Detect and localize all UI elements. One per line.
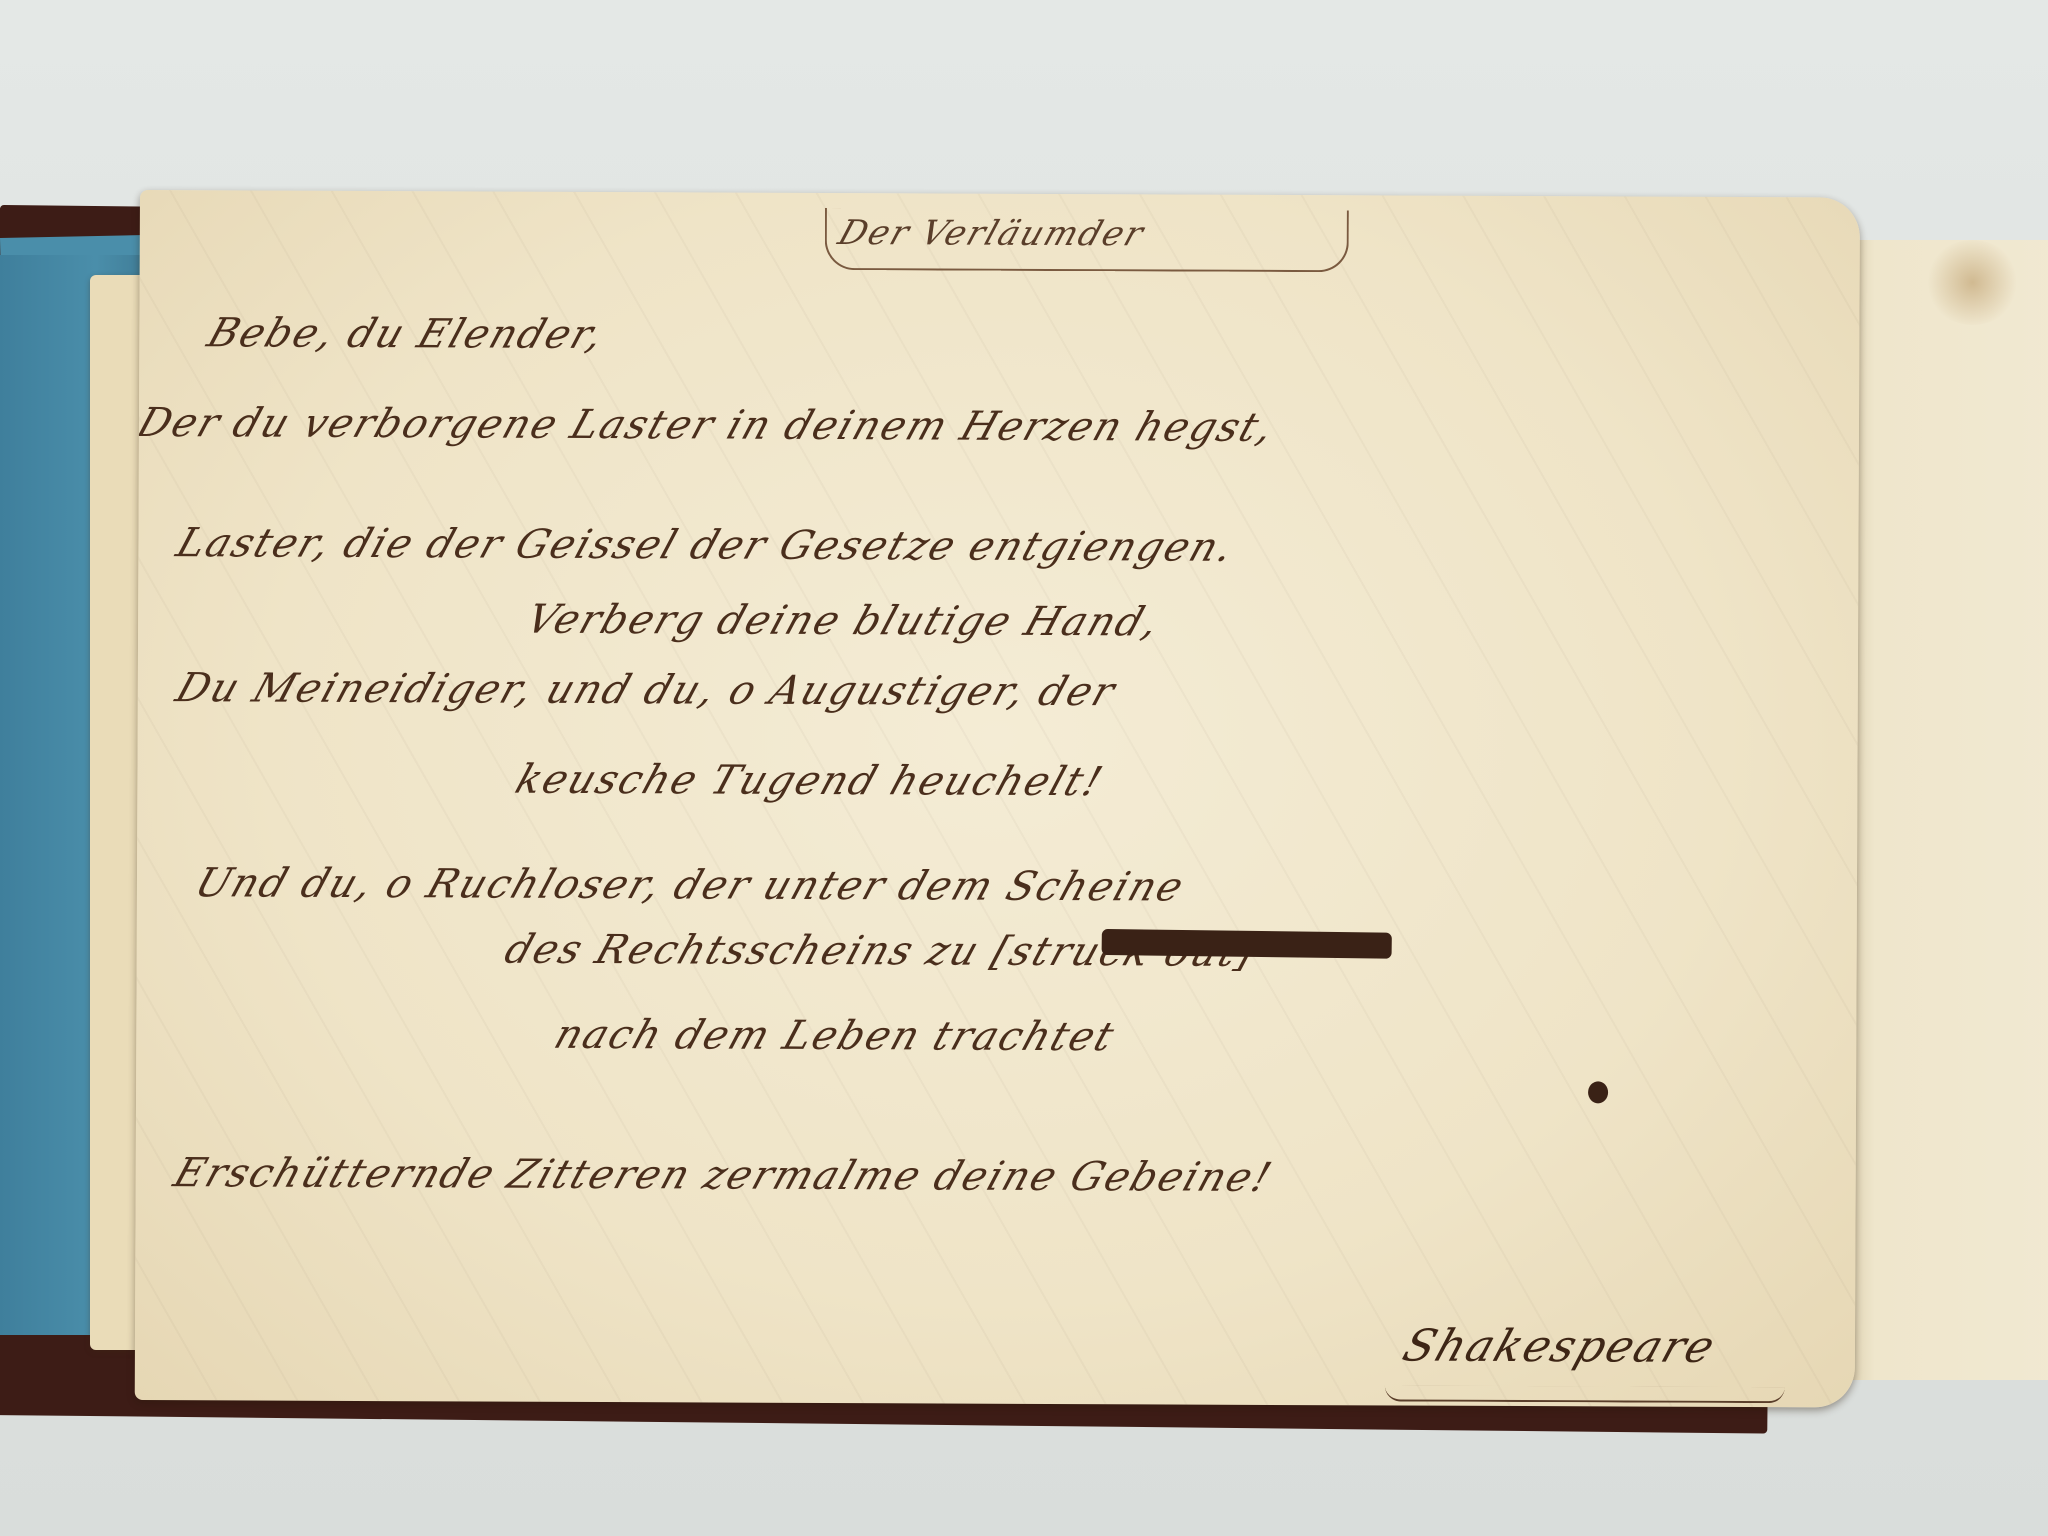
text-line-3: Laster, die der Geissel der Gesetze entg… <box>171 520 1241 571</box>
text-line-2: Der du verborgene Laster in deinem Herze… <box>135 400 1281 451</box>
text-line-1: Bebe, du Elender, <box>202 310 611 358</box>
signature: Shakespeare <box>1397 1321 1723 1373</box>
text-line-5: Du Meineidiger, und du, o Augustiger, de… <box>170 665 1122 715</box>
stain-mark <box>1925 240 2020 325</box>
text-line-6: keusche Tugend heuchelt! <box>510 757 1110 805</box>
text-line-9: nach dem Leben trachtet <box>549 1012 1122 1060</box>
signature-flourish <box>1385 1385 1785 1403</box>
text-line-10: Erschütternde Zitteren zermalme deine Ge… <box>168 1150 1278 1201</box>
text-line-4: Verberg deine blutige Hand, <box>521 597 1167 646</box>
ink-blot <box>1588 1081 1608 1103</box>
text-line-7: Und du, o Ruchloser, der unter dem Schei… <box>189 860 1190 910</box>
facing-page <box>1840 240 2048 1380</box>
photo-scene: Der Verläumder Bebe, du Elender, Der du … <box>0 0 2048 1536</box>
manuscript-page: Der Verläumder Bebe, du Elender, Der du … <box>135 190 1860 1407</box>
page-title: Der Verläumder <box>833 213 1150 254</box>
ink-strikeout <box>1102 929 1392 959</box>
